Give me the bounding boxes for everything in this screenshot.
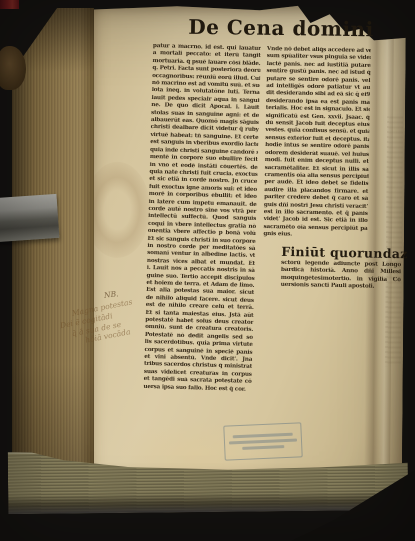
library-stamp — [223, 422, 302, 460]
colophon-heading: Finiūt quorundaz — [281, 244, 401, 261]
stamp-text-line — [232, 432, 293, 438]
stamp-text-line — [229, 438, 297, 444]
stamp-text-line — [242, 445, 284, 450]
text-column-left: patur a macrno. id est. qui lauatura mor… — [143, 43, 261, 394]
running-title: De Cena domini — [170, 14, 392, 41]
colophon: Finiūt quorundaz sctōrū legende adiuncte… — [281, 244, 402, 291]
red-label-fragment — [0, 0, 19, 9]
binding-cover-fragment — [0, 46, 26, 90]
metal-clamp — [0, 194, 59, 242]
nota-bene-mark: NB. — [104, 289, 119, 299]
ink-bleedthrough — [385, 116, 403, 366]
colophon-text: sctōrū legende adiuncte post Longobardic… — [281, 260, 402, 291]
text-column-right: Vnde nō debet aliq̄s accedere ad vesum s… — [263, 46, 371, 241]
book-fore-edge-pages — [12, 8, 94, 502]
